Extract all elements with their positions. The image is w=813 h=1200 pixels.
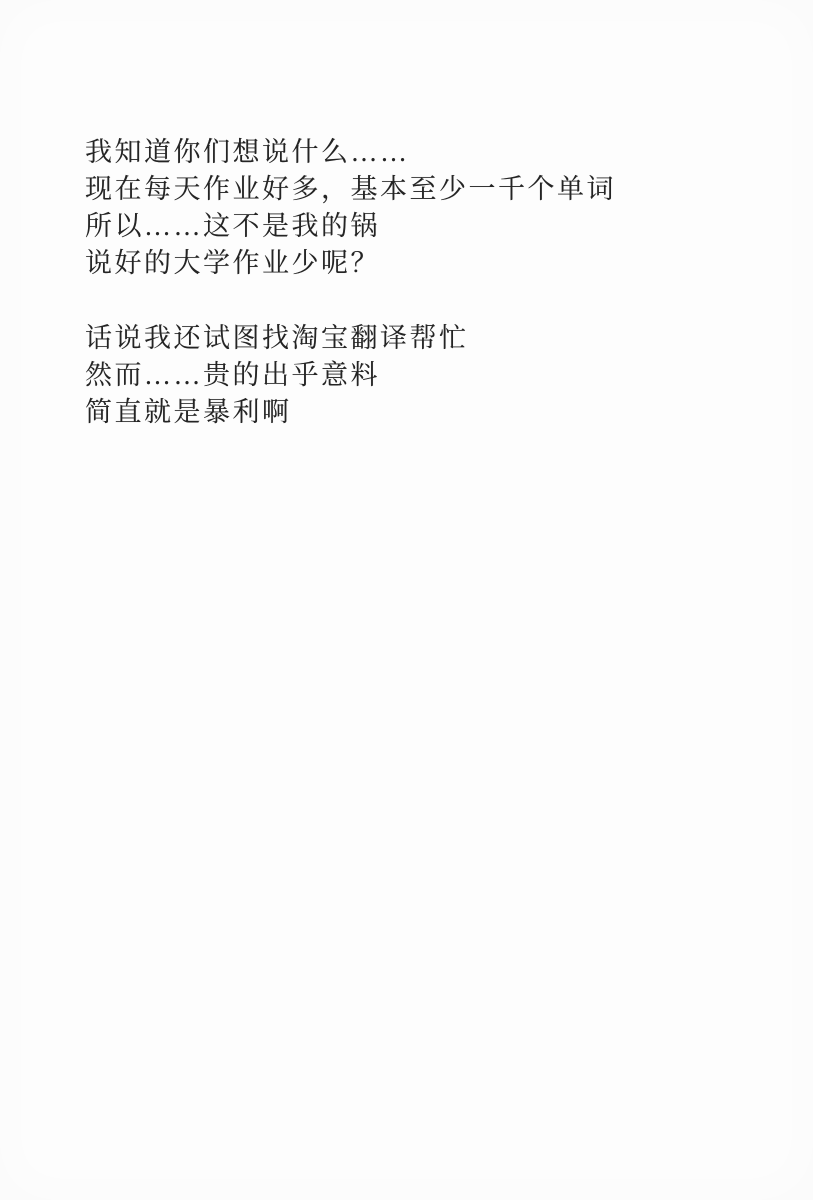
- paragraph-block-1: 我知道你们想说什么…… 现在每天作业好多，基本至少一千个单词 所以……这不是我的…: [85, 134, 616, 282]
- text-line: 然而……贵的出乎意料: [85, 357, 469, 394]
- scanned-page: 我知道你们想说什么…… 现在每天作业好多，基本至少一千个单词 所以……这不是我的…: [0, 0, 813, 1200]
- text-line: 我知道你们想说什么……: [85, 134, 616, 171]
- text-line: 所以……这不是我的锅: [85, 208, 616, 245]
- text-line: 说好的大学作业少呢？: [85, 245, 616, 282]
- text-line: 话说我还试图找淘宝翻译帮忙: [85, 320, 469, 357]
- text-line: 简直就是暴利啊: [85, 394, 469, 431]
- text-line: 现在每天作业好多，基本至少一千个单词: [85, 171, 616, 208]
- paragraph-block-2: 话说我还试图找淘宝翻译帮忙 然而……贵的出乎意料 简直就是暴利啊: [85, 320, 469, 431]
